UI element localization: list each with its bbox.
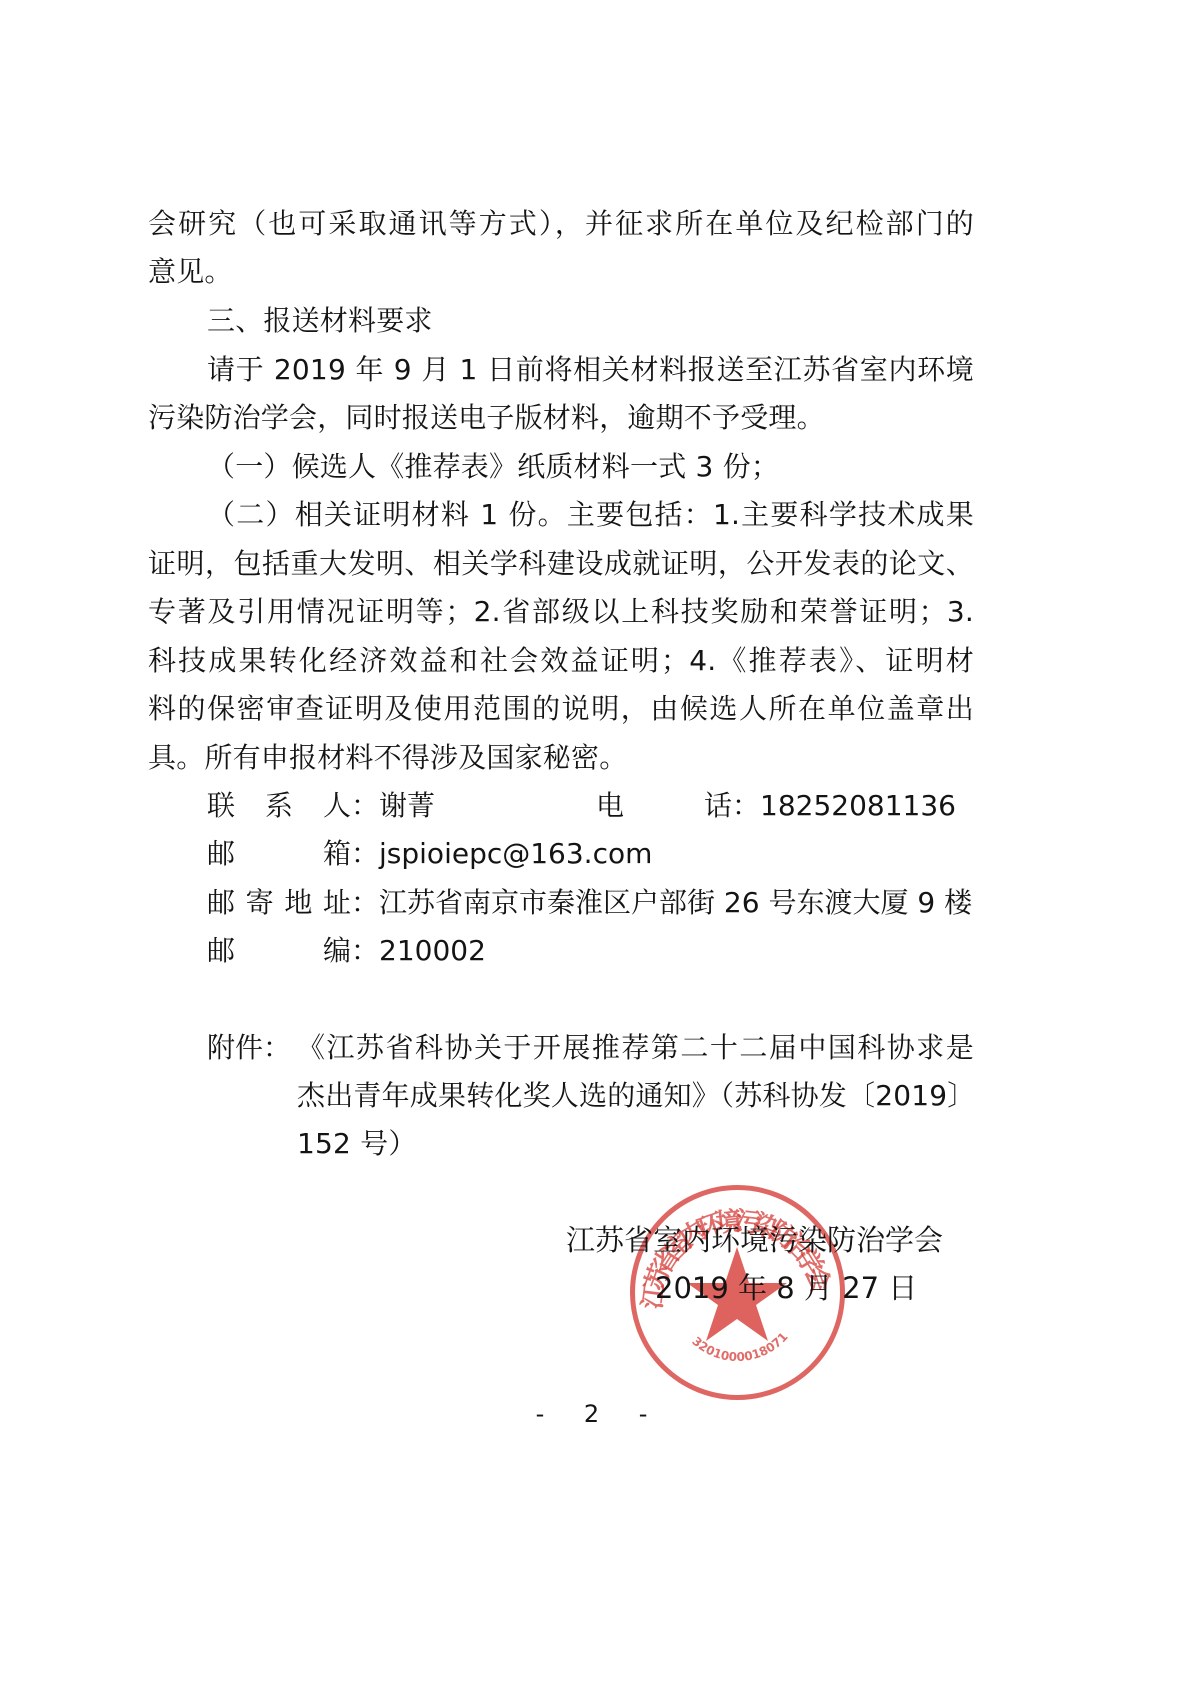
contact-phone-value: 18252081136 xyxy=(760,789,956,822)
contact-person-value: 谢菁 xyxy=(379,789,435,822)
paragraph-line: 证明，包括重大发明、相关学科建设成就证明，公开发表的论文、 xyxy=(148,540,974,588)
contact-address-label: 邮寄地址 xyxy=(207,879,351,927)
contact-email: 邮箱：jspioiepc@163.com xyxy=(207,830,652,878)
attachment-line: 《江苏省科协关于开展推荐第二十二届中国科协求是 xyxy=(297,1024,974,1072)
contact-address-value: 江苏省南京市秦淮区户部街 26 号东渡大厦 9 楼 xyxy=(379,886,972,919)
contact-email-label: 邮箱 xyxy=(207,830,351,878)
svg-text:3201000018071: 3201000018071 xyxy=(689,1330,790,1365)
signature-date: 2019 年 8 月 27 日 xyxy=(655,1264,917,1312)
paragraph-line: 请于 2019 年 9 月 1 日前将相关材料报送至江苏省室内环境 xyxy=(207,346,974,394)
contact-person: 联系人：谢菁 xyxy=(207,782,435,830)
paragraph-line: 科技成果转化经济效益和社会效益证明；4.《推荐表》、证明材 xyxy=(148,637,974,685)
paragraph-line: 会研究（也可采取通讯等方式），并征求所在单位及纪检部门的 xyxy=(148,200,974,248)
paragraph-line: 意见。 xyxy=(148,248,974,296)
attachment-line: 杰出青年成果转化奖人选的通知》（苏科协发〔2019〕 xyxy=(297,1072,974,1120)
document-page: 会研究（也可采取通讯等方式），并征求所在单位及纪检部门的 意见。 三、报送材料要… xyxy=(0,0,1199,1696)
paragraph-line: 料的保密审查证明及使用范围的说明，由候选人所在单位盖章出 xyxy=(148,685,974,733)
contact-postcode-label: 邮编 xyxy=(207,927,351,975)
contact-address: 邮寄地址：江苏省南京市秦淮区户部街 26 号东渡大厦 9 楼 xyxy=(207,879,972,927)
contact-phone-label: 电话 xyxy=(596,782,732,830)
attachment-label: 附件： xyxy=(207,1024,291,1072)
paragraph-line: 专著及引用情况证明等；2.省部级以上科技奖励和荣誉证明；3. xyxy=(148,588,974,636)
list-item: （二）相关证明材料 1 份。主要包括：1.主要科学技术成果 xyxy=(207,491,974,539)
list-item: （一）候选人《推荐表》纸质材料一式 3 份； xyxy=(207,443,974,491)
contact-person-label: 联系人 xyxy=(207,782,351,830)
attachment-line: 152 号） xyxy=(297,1120,974,1168)
seal-serial: 3201000018071 xyxy=(689,1330,790,1365)
contact-postcode: 邮编：210002 xyxy=(207,927,486,975)
page-number: - 2 - xyxy=(0,1396,1199,1432)
section-heading: 三、报送材料要求 xyxy=(207,297,974,345)
contact-email-value[interactable]: jspioiepc@163.com xyxy=(379,837,652,870)
signature-organization: 江苏省室内环境污染防治学会 xyxy=(566,1216,943,1264)
contact-phone: 电话：18252081136 xyxy=(596,782,956,830)
paragraph-line: 污染防治学会，同时报送电子版材料，逾期不予受理。 xyxy=(148,394,974,442)
paragraph-line: 具。所有申报材料不得涉及国家秘密。 xyxy=(148,734,974,782)
contact-postcode-value: 210002 xyxy=(379,934,486,967)
